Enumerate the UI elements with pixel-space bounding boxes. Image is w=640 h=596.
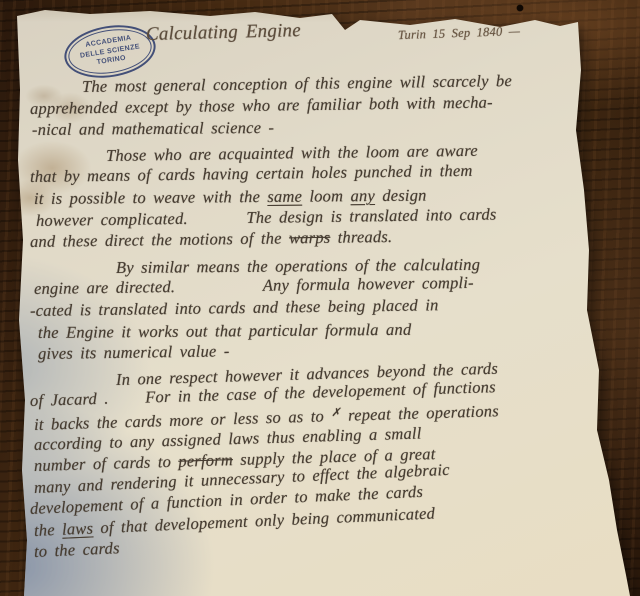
text-segment: to the cards: [34, 539, 120, 562]
paper-shadow-wrap: ACCADEMIA DELLE SCIENZE TORINO Calculati…: [0, 0, 640, 596]
underlined-word: laws: [62, 518, 94, 538]
underlined-word: same: [267, 187, 302, 206]
manuscript-paper: ACCADEMIA DELLE SCIENZE TORINO Calculati…: [0, 0, 640, 596]
text-segment: that by means of cards having certain ho…: [30, 161, 473, 186]
struck-word: warps: [289, 228, 331, 248]
text-segment: gives its numerical value -: [38, 341, 230, 363]
date-annotation: Turin 15 Sep 1840 —: [398, 24, 521, 43]
stamp-line-2: DELLE SCIENZE: [79, 42, 140, 61]
manuscript-body: The most general conception of this engi…: [30, 76, 608, 563]
underlined-word: any: [350, 186, 375, 205]
stamp-line-1: ACCADEMIA: [85, 34, 132, 51]
text-segment: loom: [302, 186, 351, 205]
text-segment: threads.: [330, 227, 392, 247]
text-segment: it is possible to weave with the: [34, 187, 268, 208]
manuscript-line: -nical and mathematical science -: [32, 114, 608, 141]
stamp-line-3: TORINO: [96, 54, 127, 68]
text-segment: -nical and mathematical science -: [32, 118, 274, 139]
text-segment: ✗: [331, 407, 341, 419]
text-segment: and these direct the motions of the: [30, 229, 289, 252]
page-title: Calculating Engine: [146, 20, 301, 46]
text-segment: design: [375, 186, 427, 205]
manuscript-photo: ACCADEMIA DELLE SCIENZE TORINO Calculati…: [0, 0, 640, 596]
text-segment: -cated is translated into cards and thes…: [30, 295, 439, 320]
text-segment: the: [34, 520, 63, 540]
